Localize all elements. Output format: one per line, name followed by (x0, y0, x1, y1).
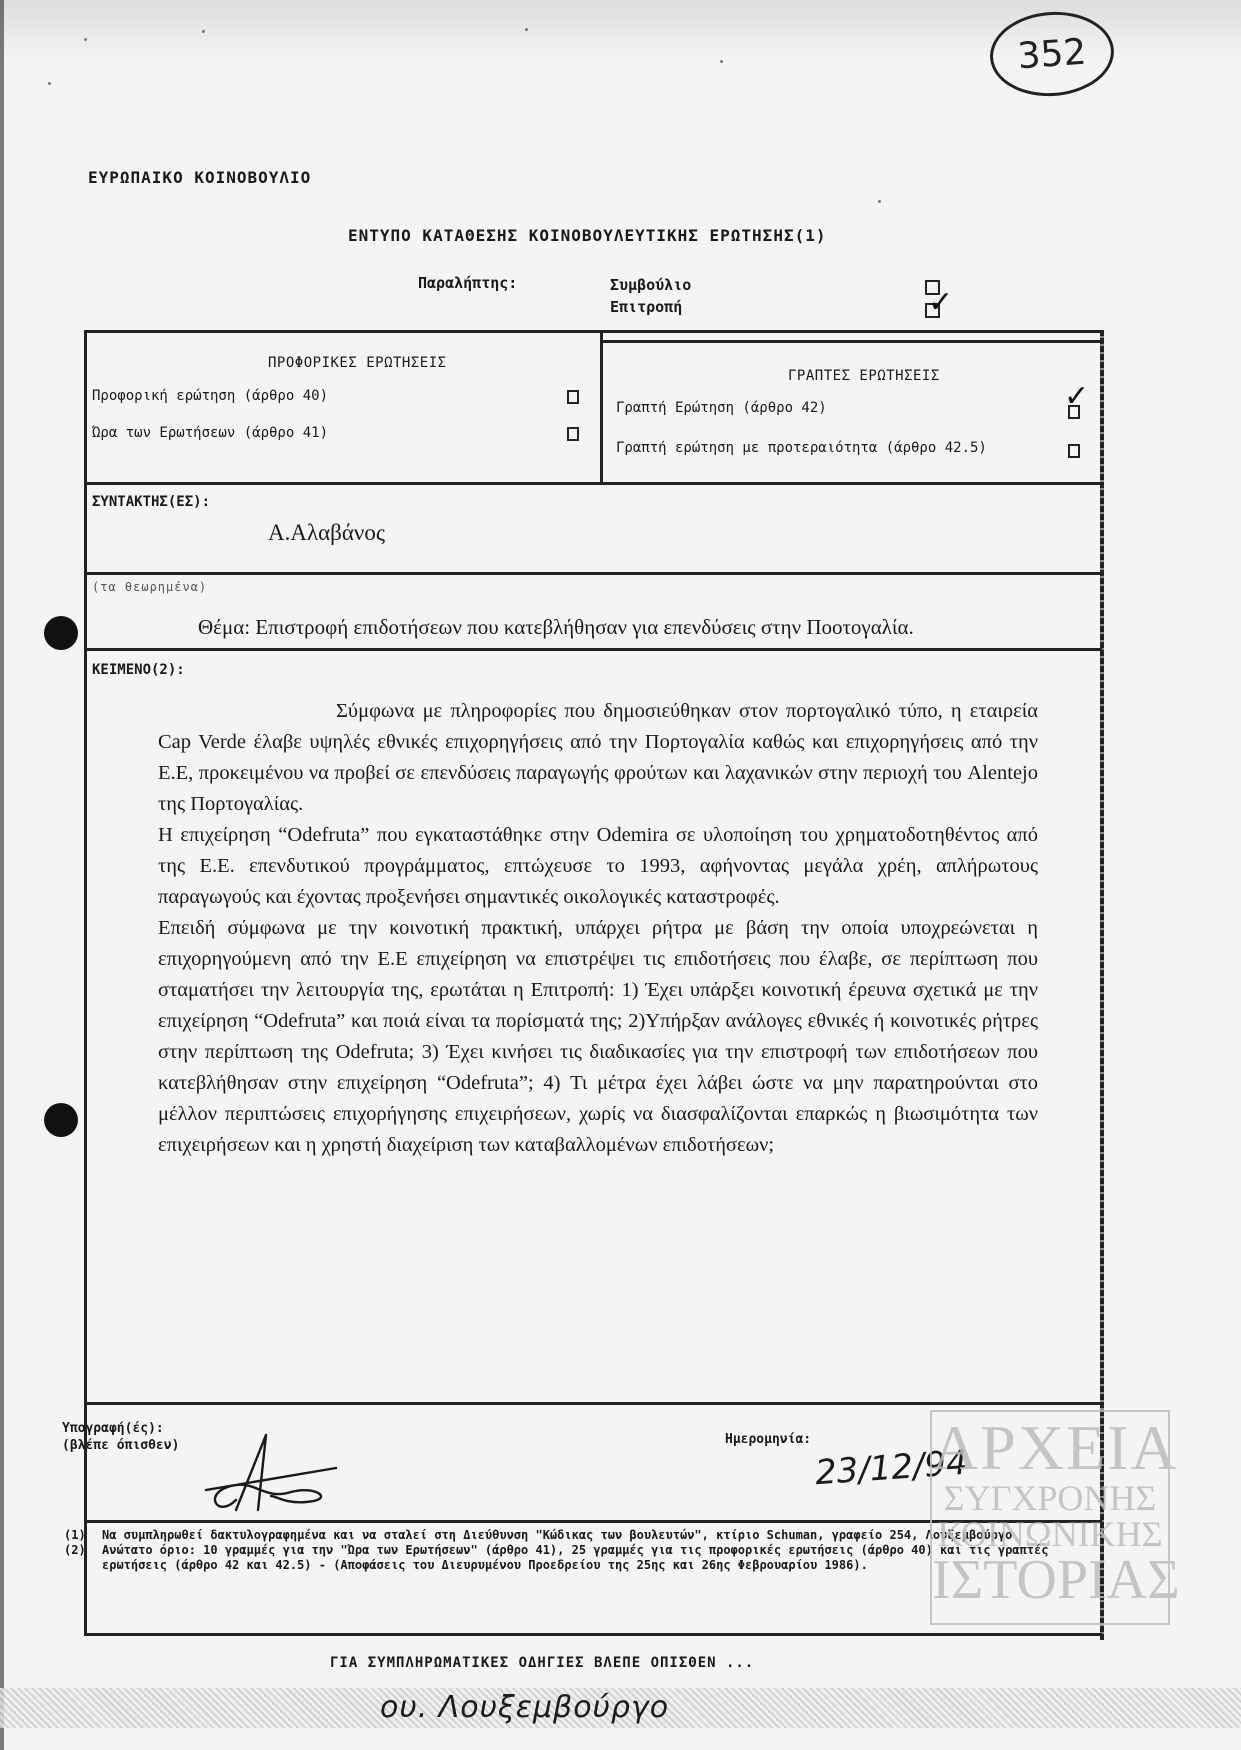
page-number: 352 (1016, 31, 1087, 77)
handwritten-note: ου. Λουξεμβούργο (380, 1690, 669, 1725)
checkmark-icon: ✓ (928, 288, 953, 318)
written-questions-heading: ΓΡΑΠΤΕΣ ΕΡΩΤΗΣΕΙΣ (788, 368, 940, 384)
author-label: ΣΥΝΤΑΚΤΗΣ(ΕΣ): (92, 494, 210, 510)
recipient-option-commission: Επιτροπή (610, 298, 682, 316)
scan-speck (202, 30, 205, 33)
body-paragraph: Επειδή σύμφωνα με την κοινοτική πρακτική… (158, 913, 1038, 1161)
oral-question-checkbox[interactable] (567, 390, 579, 404)
footnote-number: (1) (64, 1528, 102, 1543)
watermark-line: ΚΟΙΝΩΝΙΚΗΣ (932, 1516, 1168, 1552)
punch-hole (44, 1103, 78, 1137)
scan-speck (84, 38, 87, 41)
question-time-option: Ώρα των Ερωτήσεων (άρθρο 41) (92, 425, 328, 441)
signature-label-line2: (βλέπε όπισθεν) (62, 1437, 179, 1454)
signature-label-line1: Υπογραφή(ές): (62, 1420, 179, 1437)
priority-written-question-option: Γραπτή ερώτηση με προτεραιότητα (άρθρο 4… (616, 440, 987, 456)
oral-question-option: Προφορική ερώτηση (άρθρο 40) (92, 388, 328, 404)
recipient-label: Παραλήπτης: (418, 274, 517, 292)
scan-speck (48, 82, 51, 85)
organization-name: ΕΥΡΩΠΑΙΚΟ ΚΟΙΝΟΒΟΥΛΙΟ (88, 168, 311, 187)
archive-watermark: ΑΡΧΕΙΑ ΣΥΓΧΡΟΝΗΣ ΚΟΙΝΩΝΙΚΗΣ ΙΣΤΟΡΙΑΣ (930, 1410, 1170, 1625)
watermark-line: ΣΥΓΧΡΟΝΗΣ (932, 1480, 1168, 1516)
question-body: Σύμφωνα με πληροφορίες που δημοσιεύθηκαν… (158, 696, 1038, 1161)
cut-off-text: (τα θεωρημένα) (92, 580, 207, 594)
handwritten-signature (196, 1430, 356, 1520)
scan-left-edge (0, 0, 4, 1750)
watermark-line: ΑΡΧΕΙΑ (932, 1416, 1168, 1480)
form-title: ΕΝΤΥΠΟ ΚΑΤΑΘΕΣΗΣ ΚΟΙΝΟΒΟΥΛΕΥΤΙΚΗΣ ΕΡΩΤΗΣ… (348, 226, 826, 245)
footnote-text: Να συμπληρωθεί δακτυλογραφημένα και να σ… (102, 1528, 1012, 1543)
scan-speck (720, 60, 723, 63)
question-type-divider (600, 333, 603, 483)
punch-hole (44, 616, 78, 650)
subject-line: Θέμα: Επιστροφή επιδοτήσεων που κατεβλήθ… (198, 615, 914, 640)
written-question-option: Γραπτή Ερώτηση (άρθρο 42) (616, 400, 827, 416)
divider (84, 1633, 1102, 1636)
scan-speck (878, 200, 881, 203)
author-name: Α.Αλαβάνος (268, 520, 385, 546)
date-label: Ημερομηνία: (725, 1432, 811, 1447)
divider (600, 340, 1100, 343)
footer-instructions: ΓΙΑ ΣΥΜΠΛΗΡΩΜΑΤΙΚΕΣ ΟΔΗΓΙΕΣ ΒΛΕΠΕ ΟΠΙΣΘΕ… (330, 1655, 754, 1671)
divider (84, 572, 1102, 575)
footnote-number: (2) (64, 1543, 102, 1573)
priority-written-question-checkbox[interactable] (1068, 444, 1080, 458)
divider (84, 648, 1102, 651)
oral-questions-heading: ΠΡΟΦΟΡΙΚΕΣ ΕΡΩΤΗΣΕΙΣ (268, 355, 447, 371)
recipient-option-council: Συμβούλιο (610, 276, 691, 294)
scan-speck (525, 28, 528, 31)
checkmark-icon: ✓ (1064, 382, 1089, 412)
watermark-line: ΙΣΤΟΡΙΑΣ (932, 1552, 1168, 1608)
divider (84, 1402, 1102, 1405)
question-time-checkbox[interactable] (567, 427, 579, 441)
text-section-label: ΚΕΙΜΕΝΟ(2): (92, 662, 185, 678)
divider (84, 482, 1102, 485)
signature-label: Υπογραφή(ές): (βλέπε όπισθεν) (62, 1420, 179, 1454)
body-paragraph: Η επιχείρηση “Odefruta” που εγκαταστάθηκ… (158, 820, 1038, 913)
body-paragraph: Σύμφωνα με πληροφορίες που δημοσιεύθηκαν… (158, 696, 1038, 820)
